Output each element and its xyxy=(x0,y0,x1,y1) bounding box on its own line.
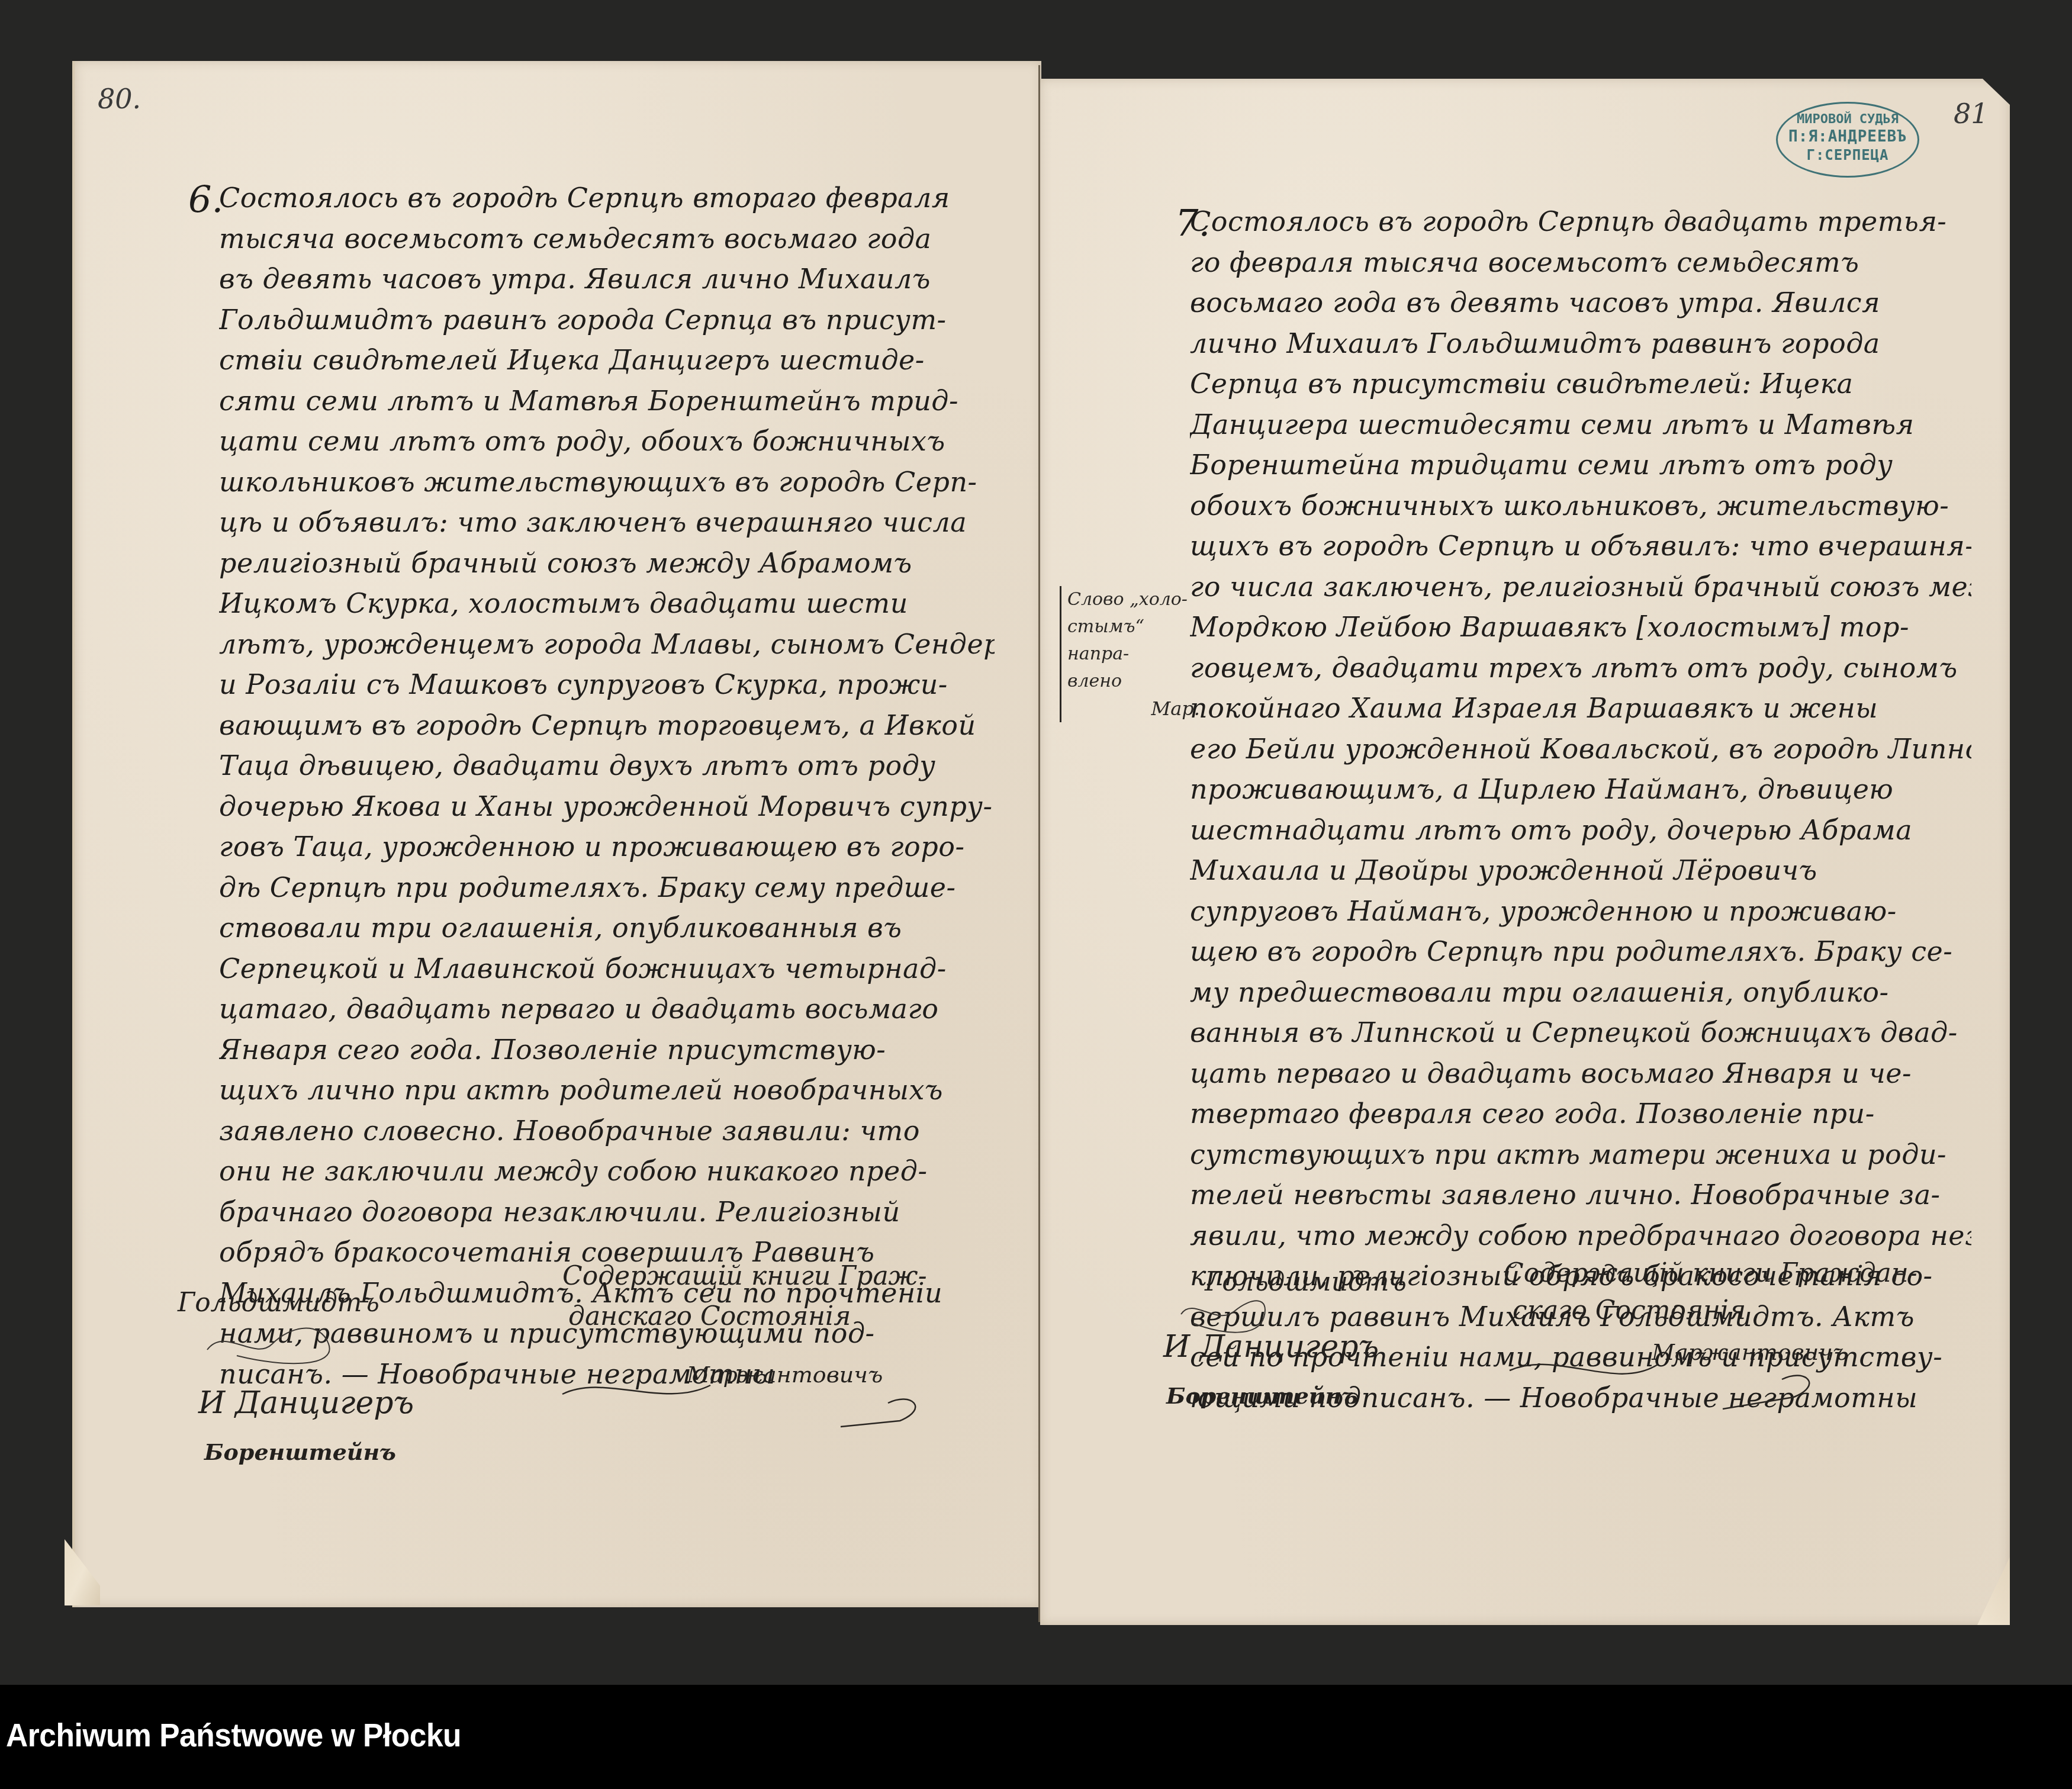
handwritten-line: дочерью Якова и Ханы урожденной Морвичъ … xyxy=(219,786,995,827)
handwritten-line: покойнаго Хаима Израеля Варшавякъ и жены xyxy=(1190,688,1971,729)
handwritten-line: тысяча восемьсотъ семьдесятъ восьмаго го… xyxy=(219,218,995,259)
stamp-line-2: П:Я:АНДРЕЕВЪ xyxy=(1778,128,1917,146)
stamp-line-3: Г:СЕРПЕЦА xyxy=(1778,147,1917,163)
justice-of-peace-stamp: МИРОВОЙ СУДЬЯ П:Я:АНДРЕЕВЪ Г:СЕРПЕЦА xyxy=(1776,102,1919,178)
handwritten-line: супруговъ Найманъ, урожденною и проживаю… xyxy=(1190,891,1971,932)
handwritten-line: школьниковъ жительствующихъ въ городѣ Се… xyxy=(219,462,995,503)
handwritten-line: сяти семи лѣтъ и Матвѣя Боренштейнъ трид… xyxy=(219,381,995,421)
handwritten-line: Серпецкой и Млавинской божницахъ четырна… xyxy=(219,948,995,989)
handwritten-line: телей невѣсты заявлено лично. Новобрачны… xyxy=(1190,1175,1971,1215)
handwritten-line: вающимъ въ городѣ Серпцѣ торговцемъ, а И… xyxy=(219,705,995,746)
margin-note-line-3: влено xyxy=(1067,668,1204,695)
handwritten-line: въ девять часовъ утра. Явился лично Миха… xyxy=(219,259,995,300)
handwritten-line: ствіи свидѣтелей Ицека Данцигеръ шестиде… xyxy=(219,340,995,381)
handwritten-line: и Розаліи съ Машковъ супруговъ Скурка, п… xyxy=(219,664,995,705)
handwritten-line: дѣ Серпцѣ при родителяхъ. Браку сему пре… xyxy=(219,867,995,908)
folio-number-right: 81 xyxy=(1954,98,1989,130)
handwritten-line: Состоялось въ городѣ Серпцѣ втораго февр… xyxy=(219,178,995,218)
handwritten-line: Михаила и Двойры урожденной Лёровичъ xyxy=(1190,850,1971,891)
signature-witness-2-left: Боренштейнъ xyxy=(204,1439,396,1465)
registrar-title-left-2: данскаго Состоянія xyxy=(568,1301,851,1331)
handwritten-line: его Бейли урожденной Ковальской, въ горо… xyxy=(1190,729,1971,770)
handwritten-line: цать перваго и двадцать восьмаго Января … xyxy=(1190,1053,1971,1094)
handwritten-line: го числа заключенъ, религіозный брачный … xyxy=(1190,567,1971,607)
margin-note-line-1: Слово „холо- xyxy=(1067,586,1204,613)
signature-flourish-rabbi-left xyxy=(201,1320,337,1368)
handwritten-line: обоихъ божничныхъ школьниковъ, жительств… xyxy=(1190,485,1971,526)
handwritten-line: Января сего года. Позволеніе присутствую… xyxy=(219,1029,995,1070)
handwritten-line: цати семи лѣтъ отъ роду, обоихъ божничны… xyxy=(219,421,995,462)
handwritten-line: ствовали три оглашенія, опубликованныя в… xyxy=(219,908,995,948)
handwritten-line: Таца дѣвицею, двадцати двухъ лѣтъ отъ ро… xyxy=(219,745,995,786)
handwritten-line: брачнаго договора незаключили. Религіозн… xyxy=(219,1192,995,1233)
handwritten-line: явили, что между собою предбрачнаго дого… xyxy=(1190,1215,1971,1256)
signature-witness-2-right: Боренштейнъ xyxy=(1166,1382,1358,1409)
folio-number-left: 80. xyxy=(98,83,141,115)
margin-correction-note: Слово „холо- стымъ“ напра- влено Мар. xyxy=(1060,586,1204,722)
signature-witness-1-right: И Данцигеръ xyxy=(1163,1329,1379,1365)
handwritten-line: проживающимъ, а Цирлею Найманъ, дѣвицею xyxy=(1190,769,1971,810)
handwritten-line: ванныя въ Липнской и Серпецкой божницахъ… xyxy=(1190,1012,1971,1053)
handwritten-line: говъ Таца, урожденною и проживающею въ г… xyxy=(219,826,995,867)
handwritten-line: восьмаго года въ девять часовъ утра. Яви… xyxy=(1190,282,1971,323)
handwritten-line: щихъ лично при актѣ родителей новобрачны… xyxy=(219,1070,995,1111)
handwritten-line: лично Михаилъ Гольдшмидтъ раввинъ города xyxy=(1190,323,1971,364)
stamp-line-1: МИРОВОЙ СУДЬЯ xyxy=(1778,112,1917,127)
handwritten-line: религіозный брачный союзъ между Абрамомъ xyxy=(219,543,995,584)
entry-text-right: Состоялось въ городѣ Серпцѣ двадцать тре… xyxy=(1190,201,1971,1418)
registrar-title-right-1: Содержащій книги Граждан- xyxy=(1504,1258,1917,1288)
handwritten-line: Гольдшмидтъ равинъ города Серпца въ прис… xyxy=(219,300,995,340)
handwritten-line: цѣ и объявилъ: что заключенъ вчерашняго … xyxy=(219,502,995,543)
registrar-title-right-2: скаго Состоянія xyxy=(1513,1295,1746,1325)
handwritten-line: сутствующихъ при актѣ матери жениха и ро… xyxy=(1190,1134,1971,1175)
registrar-title-left-1: Содержащій книги Граж- xyxy=(562,1261,927,1291)
handwritten-line: щею въ городѣ Серпцѣ при родителяхъ. Бра… xyxy=(1190,931,1971,972)
signature-witness-1-left: И Данцигеръ xyxy=(198,1385,414,1421)
archive-footer-bar: Archiwum Państwowe w Płocku xyxy=(0,1685,2072,1789)
handwritten-line: го февраля тысяча восемьсотъ семьдесятъ xyxy=(1190,242,1971,283)
handwritten-line: Серпца въ присутствіи свидѣтелей: Ицека xyxy=(1190,363,1971,404)
entry-text-left: Состоялось въ городѣ Серпцѣ втораго февр… xyxy=(219,178,995,1394)
archive-name-label: Archiwum Państwowe w Płocku xyxy=(6,1716,461,1754)
handwritten-line: лѣтъ, урожденцемъ города Млавы, сыномъ С… xyxy=(219,624,995,665)
handwritten-line: твертаго февраля сего года. Позволеніе п… xyxy=(1190,1093,1971,1134)
handwritten-line: шестнадцати лѣтъ отъ роду, дочерью Абрам… xyxy=(1190,810,1971,851)
handwritten-line: заявлено словесно. Новобрачные заявили: … xyxy=(219,1111,995,1151)
margin-note-signature: Мар. xyxy=(1067,695,1204,722)
handwritten-line: Состоялось въ городѣ Серпцѣ двадцать тре… xyxy=(1190,201,1971,242)
handwritten-line: щихъ въ городѣ Серпцѣ и объявилъ: что вч… xyxy=(1190,526,1971,567)
margin-note-line-2: стымъ“ напра- xyxy=(1067,613,1204,668)
handwritten-line: Данцигера шестидесяти семи лѣтъ и Матвѣя xyxy=(1190,404,1971,445)
signature-flourish-registrar-right xyxy=(1498,1344,1829,1415)
handwritten-line: Мордкою Лейбою Варшавякъ [холостымъ] тор… xyxy=(1190,607,1971,648)
book-spine xyxy=(1038,65,1040,1622)
handwritten-line: цатаго, двадцать перваго и двадцать вось… xyxy=(219,989,995,1029)
handwritten-line: говцемъ, двадцати трехъ лѣтъ отъ роду, с… xyxy=(1190,648,1971,688)
signature-flourish-registrar-left xyxy=(556,1362,935,1433)
handwritten-line: Боренштейна тридцати семи лѣтъ отъ роду xyxy=(1190,445,1971,485)
handwritten-line: Ицкомъ Скурка, холостымъ двадцати шести xyxy=(219,583,995,624)
handwritten-line: они не заключили между собою никакого пр… xyxy=(219,1151,995,1192)
handwritten-line: му предшествовали три оглашенія, опублик… xyxy=(1190,972,1971,1013)
signature-rabbi-left: Гольдшмидтъ xyxy=(178,1288,379,1318)
entry-number-left: 6. xyxy=(188,178,223,221)
